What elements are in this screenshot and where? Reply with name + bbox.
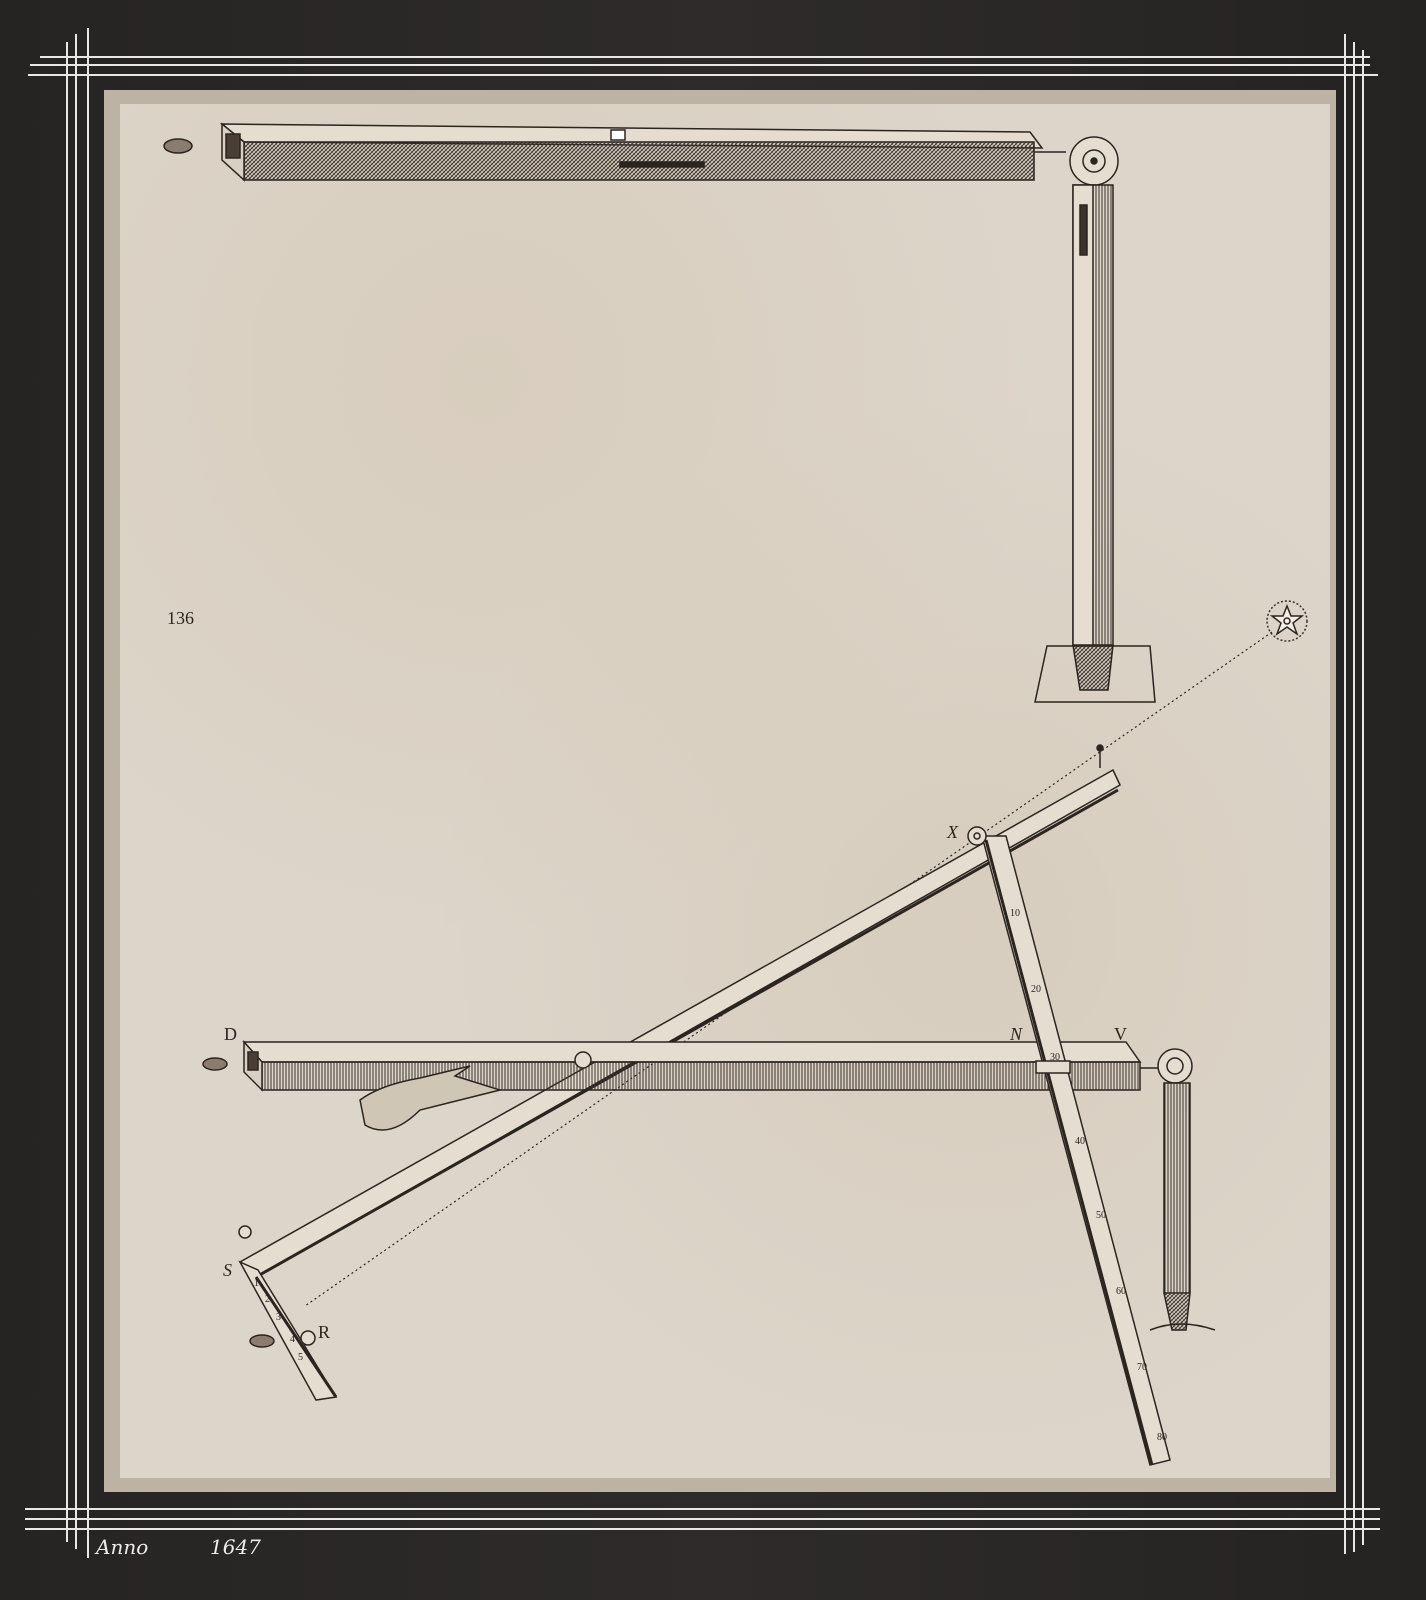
scale-3: 3 — [276, 1312, 281, 1323]
label-n: N — [1010, 1024, 1022, 1045]
scale-2: 2 — [265, 1294, 270, 1305]
scale-30: 30 — [1050, 1052, 1060, 1063]
scale-20: 20 — [1031, 984, 1041, 995]
label-r: R — [318, 1322, 330, 1343]
label-x: X — [947, 822, 958, 843]
lower-stand-post — [1150, 1083, 1215, 1330]
top-stand-post — [1035, 185, 1155, 702]
star-icon — [1267, 601, 1307, 641]
eye-icon-bottom — [250, 1335, 274, 1347]
scale-5: 5 — [298, 1352, 303, 1363]
scale-10: 10 — [1010, 908, 1020, 919]
annotation-anno: Anno — [96, 1535, 148, 1559]
scale-70: 70 — [1137, 1362, 1147, 1373]
label-s: S — [223, 1260, 232, 1281]
diagonal-arm — [240, 745, 1120, 1277]
scale-50: 50 — [1096, 1210, 1106, 1221]
eye-icon-top — [164, 139, 192, 153]
scale-80: 80 — [1157, 1432, 1167, 1443]
scale-40: 40 — [1075, 1136, 1085, 1147]
eye-icon-left — [203, 1058, 227, 1070]
scale-1: 1 — [254, 1278, 259, 1289]
top-pivot-wheel — [1034, 137, 1118, 185]
page-number: 136 — [167, 608, 194, 629]
engraving-drawing — [0, 0, 1426, 1600]
scale-60: 60 — [1116, 1286, 1126, 1297]
label-v: V — [1114, 1024, 1127, 1045]
scale-4: 4 — [290, 1334, 295, 1345]
label-d: D — [224, 1024, 237, 1045]
top-sighting-tube — [222, 124, 1042, 180]
annotation-year: 1647 — [210, 1535, 261, 1559]
